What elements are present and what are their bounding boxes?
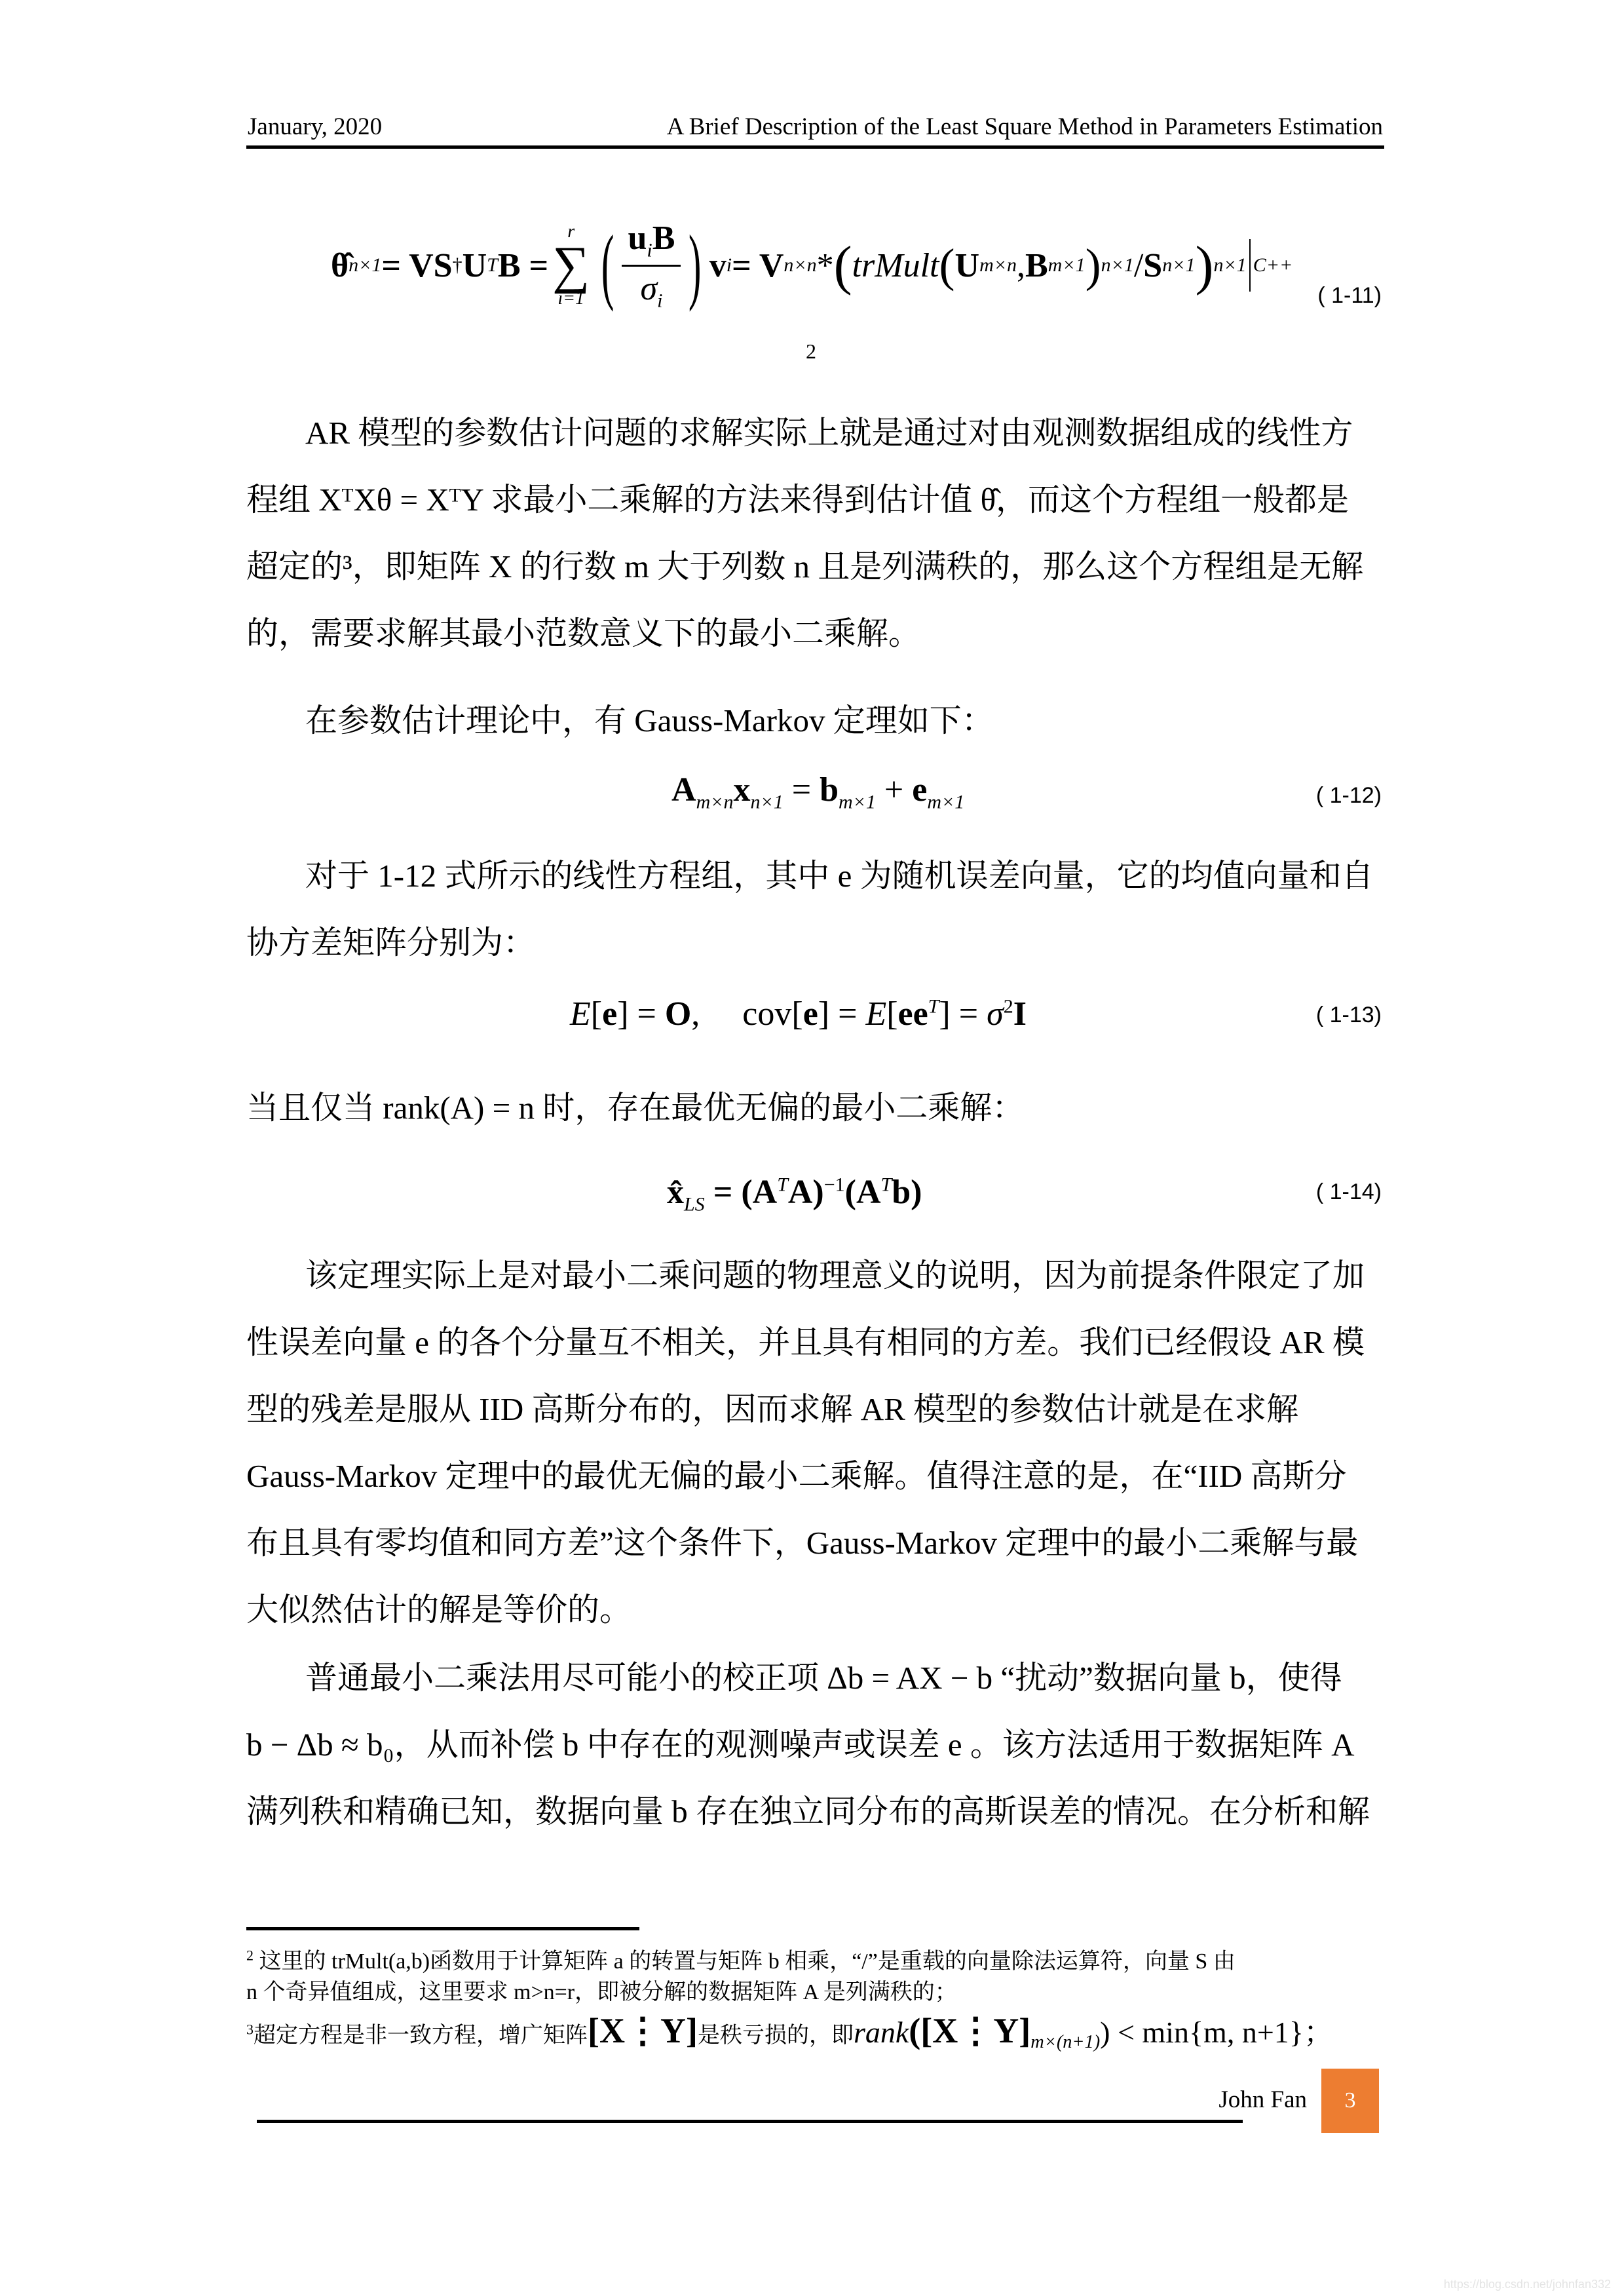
footer-rule [257, 2120, 1243, 2123]
paragraph-line: 协方差矩阵分别为： [246, 909, 1384, 976]
equation-1-11: θ̂ n×1 = VS† UT B = r ∑ i=1 ( uiB σi ) v… [331, 216, 1293, 315]
header-title: A Brief Description of the Least Square … [667, 113, 1383, 141]
equation-1-13: E[e] = O, cov[e] = E[eeT] = σ2I [570, 995, 1027, 1033]
header-rule [246, 145, 1384, 149]
page-marker: 2 [806, 339, 816, 364]
paragraph-line: 满列秩和精确已知，数据向量 b 存在独立同分布的高斯误差的情况。在分析和解 [246, 1778, 1384, 1845]
paragraph-3: 对于 1-12 式所示的线性方程组，其中 e 为随机误差向量，它的均值向量和自 … [246, 843, 1384, 976]
equation-number-1-13: ( 1-13) [1316, 1003, 1382, 1028]
paragraph-line: 在参数估计理论中，有 Gauss-Markov 定理如下： [246, 687, 1384, 754]
footnote-2-continued: n 个奇异值组成，这里要求 m>n=r，即被分解的数据矩阵 A 是列满秩的； [246, 1974, 957, 2006]
paragraph-line: 性误差向量 e 的各个分量互不相关，并且具有相同的方差。我们已经假设 AR 模 [246, 1309, 1384, 1376]
paragraph-5: 该定理实际上是对最小二乘问题的物理意义的说明，因为前提条件限定了加 性误差向量 … [246, 1242, 1384, 1643]
footnote-rule [246, 1927, 639, 1930]
page-number-badge: 3 [1321, 2069, 1379, 2133]
paragraph-line: 大似然估计的解是等价的。 [246, 1577, 1384, 1643]
paragraph-line: 的，需要求解其最小范数意义下的最小二乘解。 [246, 600, 1384, 667]
footer-author: John Fan [1218, 2086, 1307, 2114]
equation-number-1-11: ( 1-11) [1317, 283, 1382, 309]
paragraph-line: AR 模型的参数估计问题的求解实际上就是通过对由观测数据组成的线性方 [246, 400, 1384, 467]
paragraph-line: Gauss-Markov 定理中的最优无偏的最小二乘解。值得注意的是，在“IID… [246, 1443, 1384, 1510]
equation-number-1-12: ( 1-12) [1316, 783, 1382, 809]
header-date: January, 2020 [248, 113, 382, 141]
paragraph-line: 普通最小二乘法用尽可能小的校正项 Δb = AX − b “扰动”数据向量 b，… [246, 1645, 1384, 1712]
paragraph-line: 布且具有零均值和同方差”这个条件下，Gauss-Markov 定理中的最小二乘解… [246, 1510, 1384, 1577]
equation-1-12: Am×nxn×1 = bm×1 + em×1 [671, 771, 964, 813]
paragraph-line: 当且仅当 rank(A) = n 时，存在最优无偏的最小二乘解： [246, 1075, 1384, 1141]
paragraph-6: 普通最小二乘法用尽可能小的校正项 Δb = AX − b “扰动”数据向量 b，… [246, 1645, 1384, 1845]
watermark: https://blog.csdn.net/johnfan332 [1444, 2278, 1611, 2291]
footnote-2: 2 这里的 trMult(a,b)函数用于计算矩阵 a 的转置与矩阵 b 相乘，… [246, 1943, 1236, 1975]
equation-number-1-14: ( 1-14) [1316, 1179, 1382, 1205]
paragraph-line: 程组 XᵀXθ = XᵀY 求最小二乘解的方法来得到估计值 θ̂，而这个方程组一… [246, 467, 1384, 533]
paragraph-line: 超定的³，即矩阵 X 的行数 m 大于列数 n 且是列满秩的，那么这个方程组是无… [246, 533, 1384, 600]
paragraph-line: b − Δb ≈ b₀，从而补偿 b 中存在的观测噪声或误差 e 。该方法适用于… [246, 1712, 1384, 1778]
equation-1-14: x̂LS = (ATA)−1(ATb) [667, 1173, 922, 1215]
paragraph-line: 该定理实际上是对最小二乘问题的物理意义的说明，因为前提条件限定了加 [246, 1242, 1384, 1309]
paragraph-line: 型的残差是服从 IID 高斯分布的，因而求解 AR 模型的参数估计就是在求解 [246, 1376, 1384, 1443]
paragraph-2: 在参数估计理论中，有 Gauss-Markov 定理如下： [246, 687, 1384, 754]
paragraph-4: 当且仅当 rank(A) = n 时，存在最优无偏的最小二乘解： [246, 1075, 1384, 1141]
paragraph-line: 对于 1-12 式所示的线性方程组，其中 e 为随机误差向量，它的均值向量和自 [246, 843, 1384, 909]
paragraph-1: AR 模型的参数估计问题的求解实际上就是通过对由观测数据组成的线性方 程组 Xᵀ… [246, 400, 1384, 667]
footnote-3: 3超定方程是非一致方程，增广矩阵[X⋮Y]是秩亏损的，即rank([X⋮Y]m×… [246, 2008, 1334, 2053]
page-number: 3 [1345, 2088, 1356, 2113]
